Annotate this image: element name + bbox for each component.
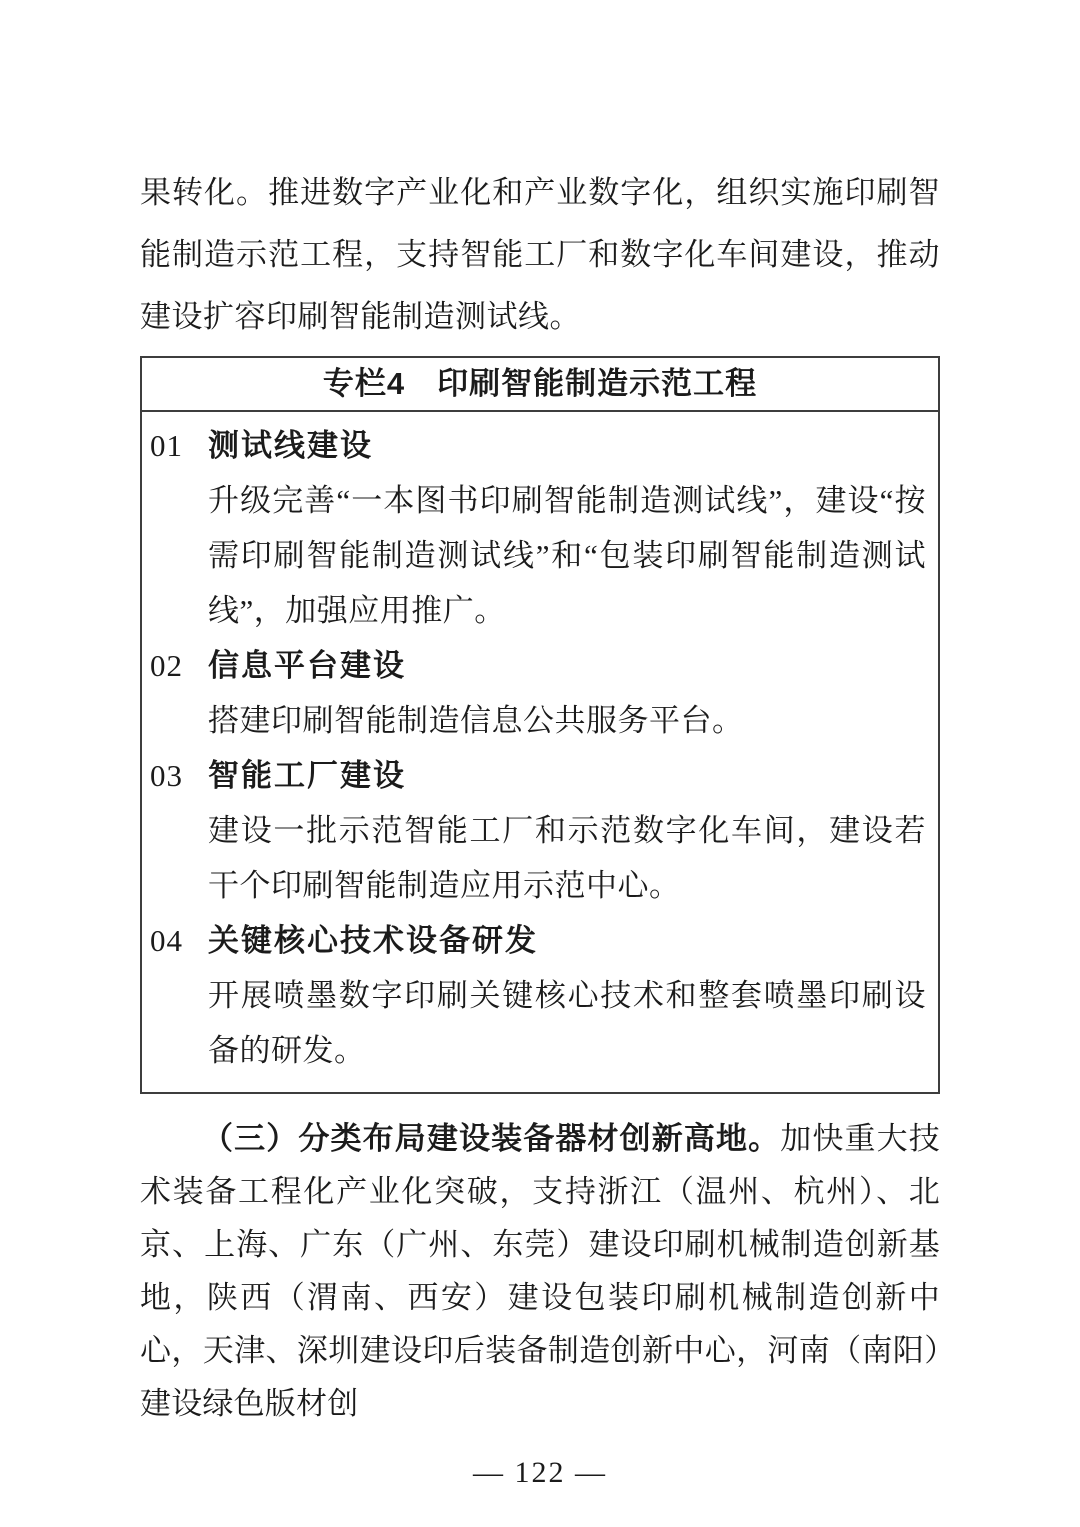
item-body: 搭建印刷智能制造信息公共服务平台。 <box>150 693 926 748</box>
item-head: 02 信息平台建设 <box>150 638 926 693</box>
item-number: 04 <box>150 913 188 968</box>
section-heading: （三）分类布局建设装备器材创新高地。 <box>202 1121 780 1156</box>
item-number: 02 <box>150 638 188 693</box>
panel-item-3: 03 智能工厂建设 建设一批示范智能工厂和示范数字化车间，建设若干个印刷智能制造… <box>150 748 926 913</box>
item-head: 04 关键核心技术设备研发 <box>150 913 926 968</box>
panel-body: 01 测试线建设 升级完善“一本图书印刷智能制造测试线”，建设“按需印刷智能制造… <box>142 412 938 1092</box>
item-number: 01 <box>150 418 188 473</box>
document-page: 果转化。推进数字产业化和产业数字化，组织实施印刷智能制造示范工程，支持智能工厂和… <box>0 0 1080 1527</box>
item-head: 01 测试线建设 <box>150 418 926 473</box>
item-head: 03 智能工厂建设 <box>150 748 926 803</box>
page-number: — 122 — <box>140 1456 940 1490</box>
panel-item-1: 01 测试线建设 升级完善“一本图书印刷智能制造测试线”，建设“按需印刷智能制造… <box>150 418 926 638</box>
item-title: 测试线建设 <box>208 418 373 473</box>
intro-paragraph: 果转化。推进数字产业化和产业数字化，组织实施印刷智能制造示范工程，支持智能工厂和… <box>140 0 940 348</box>
item-title: 信息平台建设 <box>208 638 406 693</box>
highlight-panel: 专栏4 印刷智能制造示范工程 01 测试线建设 升级完善“一本图书印刷智能制造测… <box>140 356 940 1094</box>
item-number: 03 <box>150 748 188 803</box>
section-paragraph: （三）分类布局建设装备器材创新高地。加快重大技术装备工程化产业化突破，支持浙江（… <box>140 1094 940 1430</box>
item-body: 升级完善“一本图书印刷智能制造测试线”，建设“按需印刷智能制造测试线”和“包装印… <box>150 473 926 638</box>
panel-item-2: 02 信息平台建设 搭建印刷智能制造信息公共服务平台。 <box>150 638 926 748</box>
document-content: 果转化。推进数字产业化和产业数字化，组织实施印刷智能制造示范工程，支持智能工厂和… <box>0 0 1080 1490</box>
section-body-text: 加快重大技术装备工程化产业化突破，支持浙江（温州、杭州）、北京、上海、广东（广州… <box>140 1121 940 1421</box>
item-title: 智能工厂建设 <box>208 748 406 803</box>
item-body: 建设一批示范智能工厂和示范数字化车间，建设若干个印刷智能制造应用示范中心。 <box>150 803 926 913</box>
panel-title: 专栏4 印刷智能制造示范工程 <box>142 358 938 412</box>
panel-item-4: 04 关键核心技术设备研发 开展喷墨数字印刷关键核心技术和整套喷墨印刷设备的研发… <box>150 913 926 1078</box>
item-body: 开展喷墨数字印刷关键核心技术和整套喷墨印刷设备的研发。 <box>150 968 926 1078</box>
item-title: 关键核心技术设备研发 <box>208 913 538 968</box>
